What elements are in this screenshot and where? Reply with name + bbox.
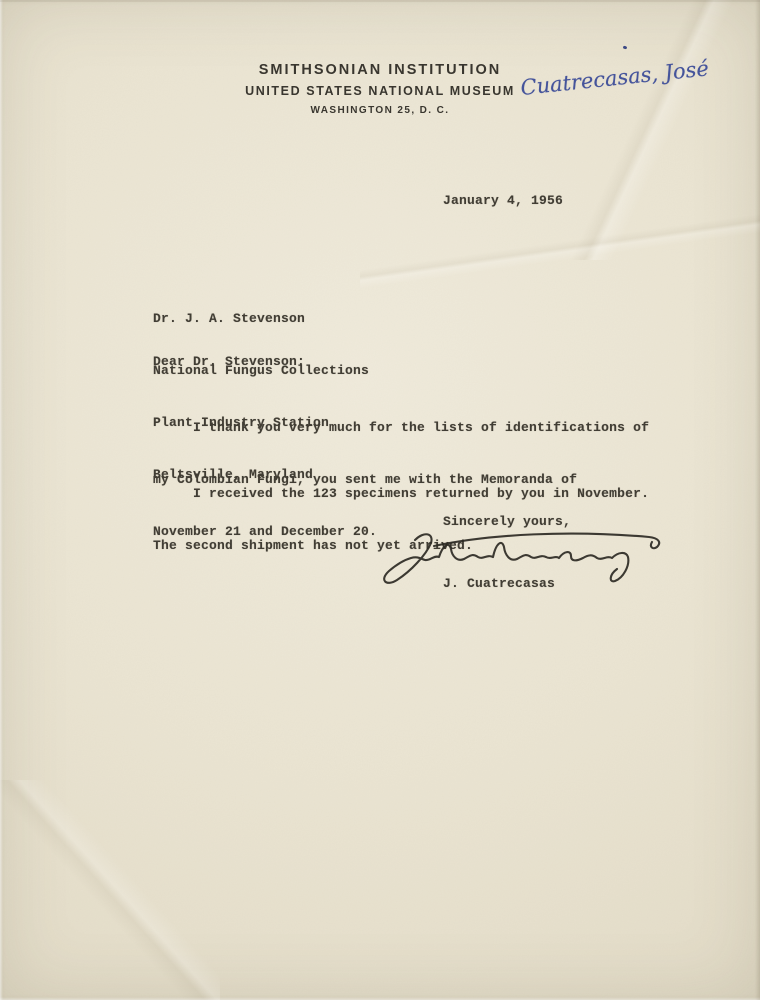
- date-line: January 4, 1956: [443, 192, 563, 209]
- paragraph2-line-2: The second shipment has not yet arrived.: [153, 537, 649, 554]
- recipient-name: Dr. J. A. Stevenson: [153, 310, 369, 327]
- paper-crease-mid-right: [360, 210, 760, 290]
- body-paragraph-2: I received the 123 specimens returned by…: [153, 450, 649, 589]
- scan-edge-top: [0, 0, 760, 2]
- typed-signature: J. Cuatrecasas: [443, 575, 555, 592]
- ink-dot: [623, 45, 628, 49]
- scan-edge-right: [755, 0, 760, 1000]
- scan-edge-left: [0, 0, 3, 1000]
- paper-crease-top-right: [530, 0, 760, 260]
- closing-valediction: Sincerely yours,: [443, 513, 571, 530]
- salutation: Dear Dr. Stevenson:: [153, 353, 305, 370]
- paragraph1-line-1: I thank you very much for the lists of i…: [153, 419, 649, 436]
- paper-crease-bottom-left: [0, 780, 220, 1000]
- paragraph2-line-1: I received the 123 specimens returned by…: [153, 485, 649, 502]
- letterhead-address: WASHINGTON 25, D. C.: [0, 101, 760, 120]
- letter-scan: SMITHSONIAN INSTITUTION UNITED STATES NA…: [0, 0, 760, 1000]
